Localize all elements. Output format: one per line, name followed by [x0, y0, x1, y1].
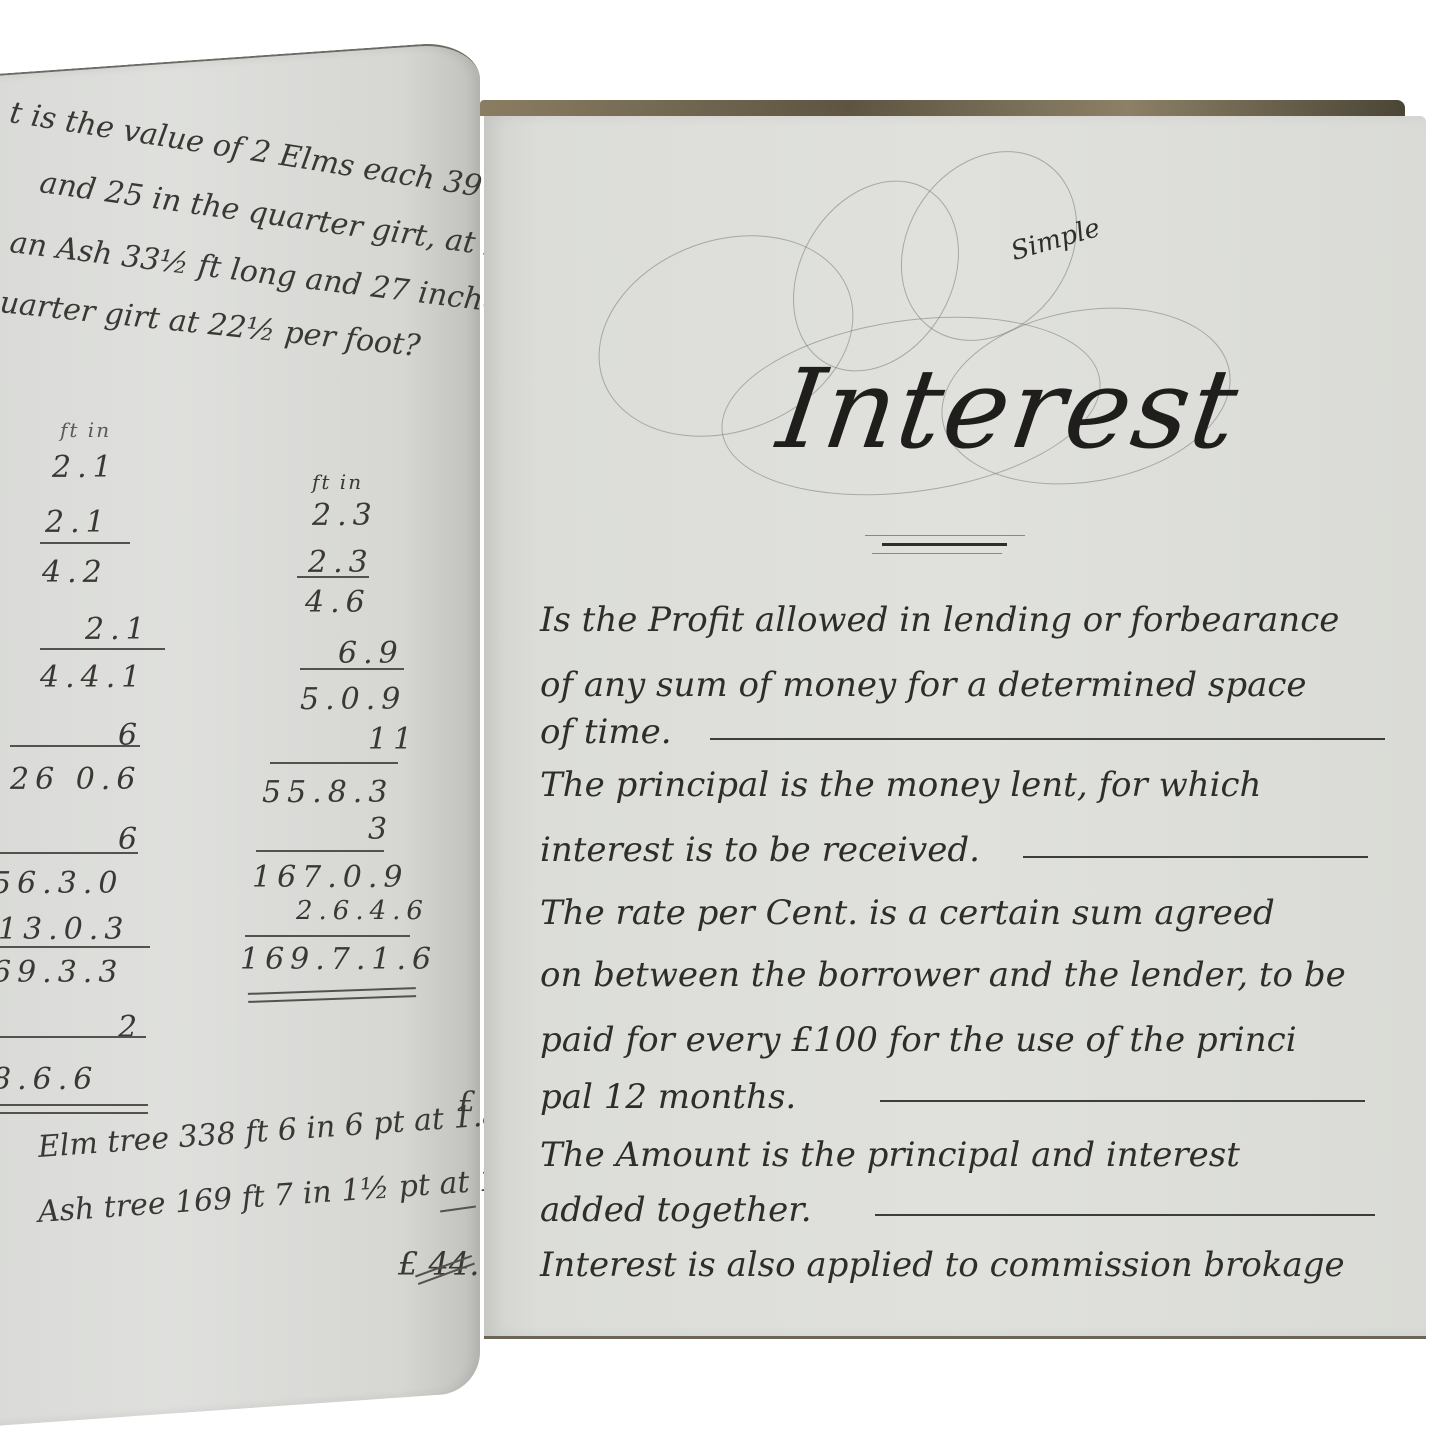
calc-value: 56.3.0 [0, 866, 123, 901]
calc-value: 55.8.3 [262, 775, 393, 810]
definition-line: Interest is also applied to commission b… [540, 1245, 1345, 1285]
definition-line: paid for every £100 for the use of the p… [540, 1020, 1297, 1060]
calc-value: 169.7.1.6 [240, 942, 437, 977]
title-interest: Interest [771, 345, 1247, 473]
left-page-content: t is the value of 2 Elms each 39 ft and … [0, 0, 480, 1445]
definition-line: The principal is the money lent, for whi… [540, 765, 1261, 805]
calc-value: 2.1 [52, 450, 118, 485]
calc-value: 2.1 [45, 505, 111, 540]
calc-value: 2 [118, 1010, 143, 1045]
units-label: ft in [60, 418, 111, 442]
definition-line: pal 12 months. [540, 1077, 796, 1117]
calc-value: 2.3 [308, 545, 374, 580]
book-cover-edge [480, 100, 1405, 116]
calc-value: 69.3.3 [0, 955, 123, 990]
calc-value: 2.6.4.6 [296, 896, 429, 926]
calc-value: 11 [368, 722, 418, 757]
definition-line: Is the Profit allowed in lending or forb… [540, 600, 1339, 640]
calc-value: 4.2 [42, 555, 108, 590]
units-label: ft in [312, 470, 363, 494]
calc-value: 5.0.9 [300, 682, 406, 717]
calc-value: 4.4.1 [40, 660, 146, 695]
calc-value: 2.1 [85, 612, 151, 647]
calc-value: 2.3 [312, 498, 378, 533]
calc-value: 3 [368, 812, 393, 847]
open-ledger-book: t is the value of 2 Elms each 39 ft and … [0, 0, 1445, 1445]
title-underline [882, 543, 1007, 546]
definition-line: on between the borrower and the lender, … [540, 955, 1346, 995]
calc-value: 167.0.9 [252, 860, 409, 895]
definition-line: interest is to be received. [540, 830, 980, 870]
calc-value: 26 0.6 [10, 762, 141, 797]
definition-line: of any sum of money for a determined spa… [540, 665, 1307, 705]
definition-line: of time. [540, 712, 672, 752]
definition-line: added together. [540, 1190, 812, 1230]
margin-mark: £ [458, 1085, 476, 1118]
calc-value: 6.9 [338, 636, 404, 671]
calc-value: 13.0.3 [0, 912, 129, 947]
calc-value: 8.6.6 [0, 1062, 98, 1097]
definition-line: The Amount is the principal and interest [540, 1135, 1240, 1175]
calc-value: 4.6 [305, 585, 371, 620]
calc-value: 6 [118, 718, 143, 753]
definition-line: The rate per Cent. is a certain sum agre… [540, 893, 1275, 933]
